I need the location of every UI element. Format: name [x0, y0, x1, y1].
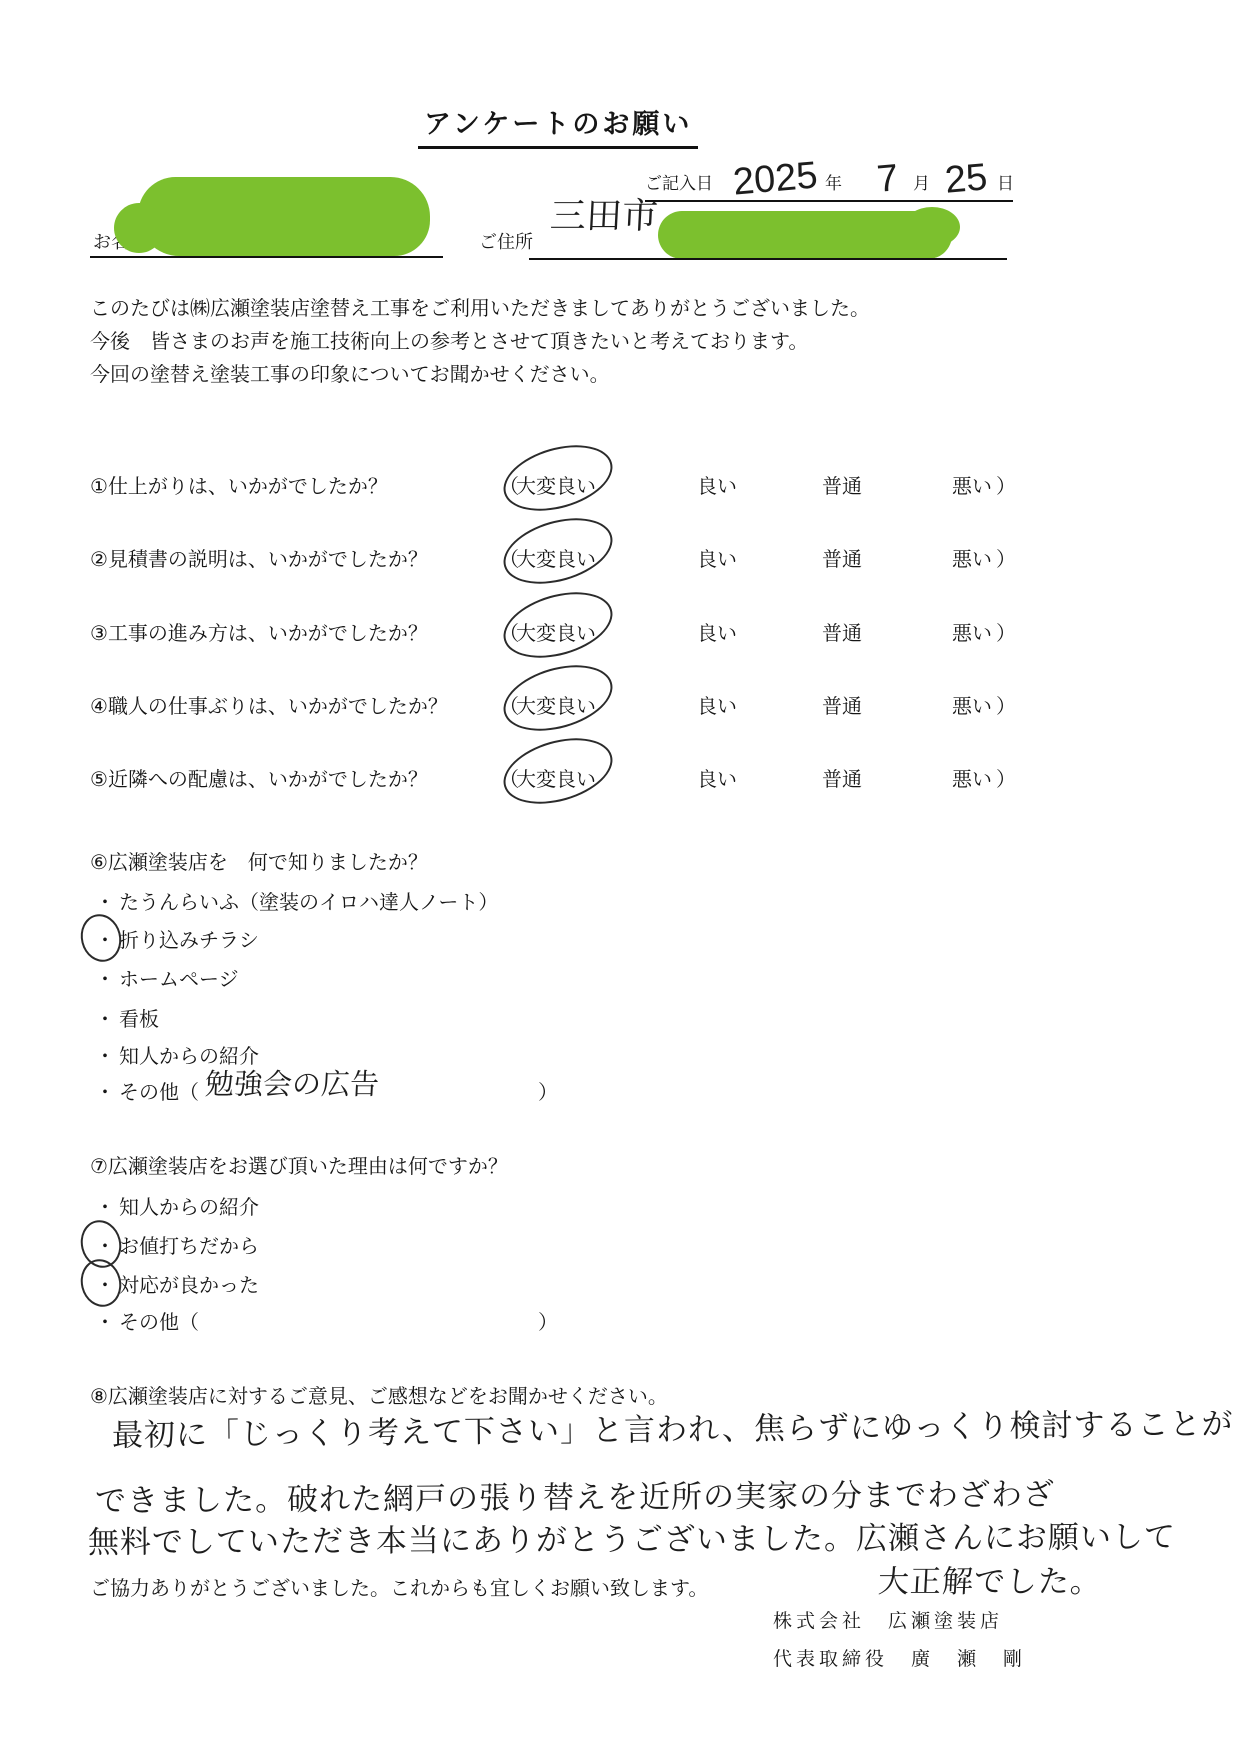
- question-text: ④職人の仕事ぶりは、いかがでしたか？: [90, 690, 448, 719]
- q7-option-value: ・お値打ちだから: [95, 1230, 259, 1262]
- rating-row-workers: ④職人の仕事ぶりは、いかがでしたか？ （ 大変良い 良い 普通 悪い ）: [0, 690, 1241, 724]
- rating-option: 良い: [697, 543, 737, 572]
- bullet-dot: ・: [95, 1306, 119, 1335]
- q8-heading: ⑧広瀬塗装店に対するご意見、ご感想などをお聞かせください。: [90, 1380, 668, 1409]
- date-day-unit: 日: [997, 169, 1014, 194]
- q6-other-handwritten: 勉強会の広告: [204, 1071, 380, 1100]
- address-label: ご住所: [479, 228, 533, 254]
- date-label: ご記入日: [645, 169, 713, 194]
- address-redaction-blob: [658, 211, 952, 259]
- q8-handwritten-line-2: できました。破れた網戸の張り替えを近所の実家の分までわざわざ: [95, 1479, 1055, 1517]
- bullet-dot: ・: [95, 1076, 119, 1105]
- q6-option-referral: ・知人からの紹介: [95, 1040, 259, 1072]
- name-underline: [90, 256, 443, 258]
- q6-heading: ⑥広瀬塗装店を 何で知りましたか？: [90, 846, 428, 875]
- question-text: ⑤近隣への配慮は、いかがでしたか？: [90, 763, 428, 792]
- q6-option-flyer: ・折り込みチラシ: [95, 924, 259, 956]
- options-close-paren: ）: [996, 763, 1016, 792]
- rating-option: 良い: [697, 470, 737, 499]
- rating-option: 悪い: [952, 763, 992, 792]
- rating-option: 大変良い: [516, 763, 596, 792]
- options-close-paren: ）: [996, 617, 1016, 646]
- rating-option: 良い: [697, 763, 737, 792]
- rating-option: 普通: [822, 690, 862, 719]
- closing-text: ご協力ありがとうございました。これからも宜しくお願い致します。: [90, 1572, 708, 1601]
- signature-company: 株式会社 広瀬塗装店: [773, 1606, 1003, 1633]
- intro-line-2: 今後 皆さまのお声を施工技術向上の参考とさせて頂きたいと考えております。: [90, 326, 870, 359]
- options-close-paren: ）: [996, 543, 1016, 572]
- options-close-paren: ）: [996, 690, 1016, 719]
- rating-option: 悪い: [952, 543, 992, 572]
- bullet-dot: ・: [95, 924, 119, 953]
- date-day-handwritten: 25: [943, 158, 988, 200]
- address-underline: [529, 258, 1007, 260]
- q6-option-townlife: ・たうんらいふ（塗装のイロハ達人ノート）: [95, 886, 498, 918]
- rating-row-progress: ③工事の進み方は、いかがでしたか？ （ 大変良い 良い 普通 悪い ）: [0, 617, 1241, 651]
- q7-option-other: ・その他（ ）: [95, 1306, 205, 1338]
- rating-option: 普通: [822, 763, 862, 792]
- intro-line-3: 今回の塗替え塗装工事の印象についてお聞かせください。: [90, 359, 870, 392]
- bullet-dot: ・: [95, 1191, 119, 1220]
- intro-line-1: このたびは㈱広瀬塗装店塗替え工事をご利用いただきましてありがとうございました。: [90, 293, 870, 326]
- rating-option: 大変良い: [516, 617, 596, 646]
- q6-option-signboard: ・看板: [95, 1003, 159, 1035]
- rating-option: 大変良い: [516, 690, 596, 719]
- intro-paragraph: このたびは㈱広瀬塗装店塗替え工事をご利用いただきましてありがとうございました。 …: [90, 293, 870, 392]
- rating-option: 普通: [822, 543, 862, 572]
- options-close-paren: ）: [996, 470, 1016, 499]
- q6-option-homepage: ・ホームページ: [95, 963, 239, 995]
- address-city-handwritten: 三田市: [549, 198, 659, 234]
- q8-handwritten-line-4: 大正解でした。: [877, 1566, 1103, 1597]
- q8-handwritten-line-3: 無料でしていただき本当にありがとうございました。広瀬さんにお願いして: [88, 1521, 1176, 1558]
- bullet-dot: ・: [95, 1230, 119, 1259]
- name-redaction-blob: [138, 177, 430, 256]
- date-row: ご記入日 2025 年 7 月 25 日: [645, 142, 1013, 202]
- rating-option: 悪い: [952, 617, 992, 646]
- bullet-dot: ・: [95, 1269, 119, 1298]
- rating-option: 良い: [697, 617, 737, 646]
- date-month-handwritten: 7: [875, 159, 899, 199]
- rating-option: 大変良い: [516, 470, 596, 499]
- question-text: ①仕上がりは、いかがでしたか？: [90, 470, 388, 499]
- q7-option-referral: ・知人からの紹介: [95, 1191, 259, 1223]
- q6-option-other: ・その他（勉強会の広告 ）: [95, 1076, 379, 1108]
- rating-option: 普通: [822, 617, 862, 646]
- bullet-dot: ・: [95, 963, 119, 992]
- bullet-dot: ・: [95, 1040, 119, 1069]
- bullet-dot: ・: [95, 886, 119, 915]
- question-text: ③工事の進み方は、いかがでしたか？: [90, 617, 428, 646]
- date-year-handwritten: 2025: [732, 156, 820, 201]
- rating-row-neighbors: ⑤近隣への配慮は、いかがでしたか？ （ 大変良い 良い 普通 悪い ）: [0, 763, 1241, 797]
- survey-sheet: アンケートのお願い ご記入日 2025 年 7 月 25 日 お名前 ご住所 三…: [0, 0, 1241, 1755]
- rating-option: 悪い: [952, 690, 992, 719]
- date-year-unit: 年: [825, 169, 842, 194]
- rating-row-estimate: ②見積書の説明は、いかがでしたか？ （ 大変良い 良い 普通 悪い ）: [0, 543, 1241, 577]
- date-month-unit: 月: [913, 169, 930, 194]
- q7-option-service: ・対応が良かった: [95, 1269, 259, 1301]
- q7-heading: ⑦広瀬塗装店をお選び頂いた理由は何ですか？: [90, 1150, 508, 1179]
- rating-option: 悪い: [952, 470, 992, 499]
- rating-option: 大変良い: [516, 543, 596, 572]
- rating-option: 良い: [697, 690, 737, 719]
- signature-representative: 代表取締役 廣 瀬 剛: [773, 1644, 1026, 1671]
- rating-row-finish: ①仕上がりは、いかがでしたか？ （ 大変良い 良い 普通 悪い ）: [0, 470, 1241, 504]
- q8-handwritten-line-1: 最初に「じっくり考えて下さい」と言われ、焦らずにゆっくり検討することが: [112, 1408, 1234, 1451]
- question-text: ②見積書の説明は、いかがでしたか？: [90, 543, 428, 572]
- bullet-dot: ・: [95, 1003, 119, 1032]
- rating-option: 普通: [822, 470, 862, 499]
